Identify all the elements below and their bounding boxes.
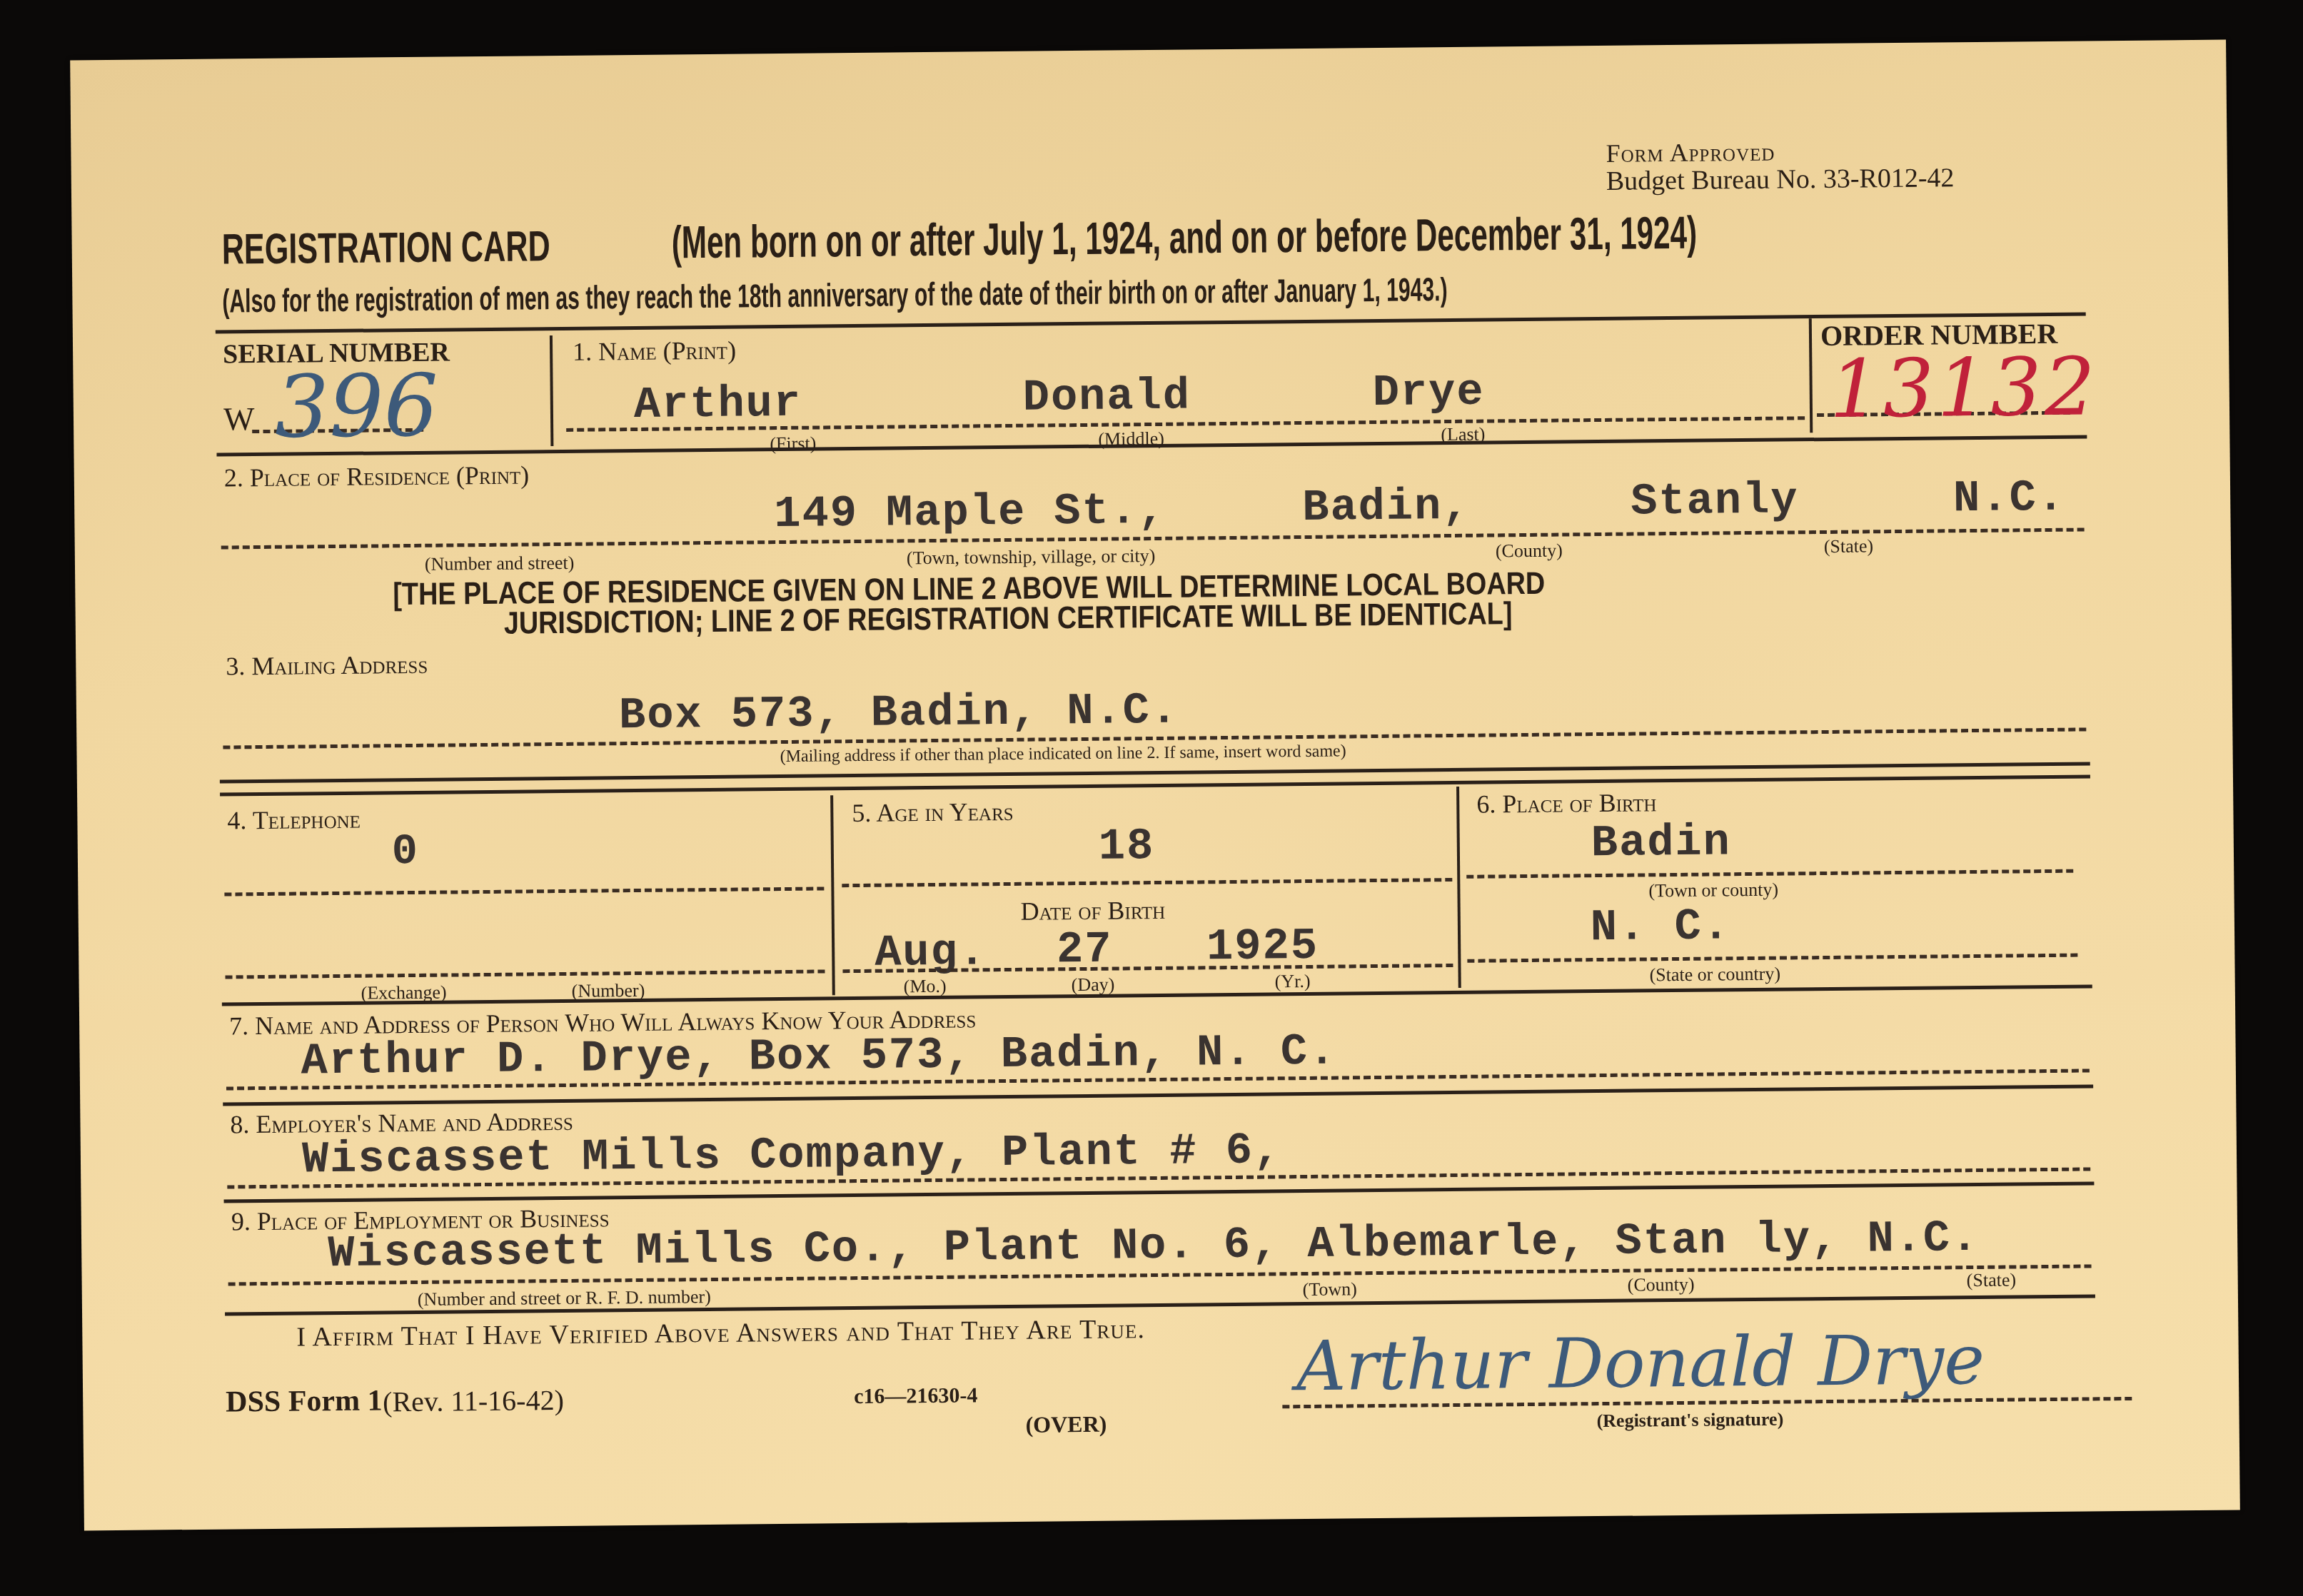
over-indicator: (OVER) [1025, 1411, 1107, 1438]
birthplace-state-value: N. C. [1591, 901, 1731, 953]
last-name-value: Drye [1372, 367, 1485, 419]
residence-county-value: Stanly [1631, 475, 1799, 527]
divider [223, 1084, 2093, 1106]
birthplace-state-caption: (State or country) [1649, 964, 1780, 986]
mailing-address-value: Box 573, Badin, N.C. [619, 685, 1179, 742]
serial-prefix: W [223, 400, 255, 438]
divider [1456, 787, 1461, 988]
birthplace-state-line [1467, 954, 2077, 963]
affirmation-text: I Affirm That I Have Verified Above Answ… [296, 1313, 1145, 1353]
state-caption: (State) [1824, 535, 1874, 557]
residence-town-value: Badin, [1302, 481, 1471, 533]
telephone-line-1 [224, 887, 824, 896]
month-caption: (Mo.) [904, 976, 947, 998]
residence-label: 2. Place of Residence (Print) [224, 460, 530, 493]
age-label: 5. Age in Years [852, 797, 1014, 828]
employment-town-caption: (Town) [1303, 1278, 1357, 1300]
signature-caption: (Registrant's signature) [1596, 1409, 1783, 1433]
telephone-label: 4. Telephone [227, 804, 361, 836]
birthplace-town-value: Badin [1591, 817, 1731, 869]
form-revision: (Rev. 11-16-42) [383, 1383, 564, 1418]
registrant-signature: Arthur Donald Drye [1296, 1320, 1985, 1406]
divider [550, 335, 553, 446]
telephone-line-2 [225, 969, 825, 979]
county-caption: (County) [1496, 540, 1563, 562]
year-caption: (Yr.) [1275, 971, 1311, 992]
first-caption: (First) [770, 433, 816, 455]
birthplace-town-line [1466, 869, 2073, 879]
registration-card: Form Approved Budget Bureau No. 33-R012-… [70, 40, 2240, 1531]
card-title: REGISTRATION CARD [221, 221, 550, 273]
divider [1809, 318, 1813, 433]
divider [222, 984, 2092, 1006]
employment-state-caption: (State) [1967, 1269, 2017, 1291]
mailing-address-label: 3. Mailing Address [226, 650, 428, 682]
middle-name-value: Donald [1022, 370, 1191, 423]
employment-street-caption: (Number and street or R. F. D. number) [418, 1286, 711, 1310]
town-caption: (Town, township, village, or city) [907, 545, 1156, 569]
serial-number-value: 396 [274, 357, 438, 458]
order-number-value: 13132 [1829, 340, 2099, 436]
age-line [842, 878, 1452, 887]
residence-street-value: 149 Maple St., [774, 485, 1166, 540]
residence-state-value: N.C. [1953, 473, 2066, 525]
street-caption: (Number and street) [425, 552, 575, 575]
form-id: DSS Form 1 [226, 1383, 383, 1419]
budget-bureau-number: Budget Bureau No. 33-R012-42 [1606, 162, 1955, 197]
birthplace-label: 6. Place of Birth [1476, 787, 1656, 819]
telephone-value: 0 [392, 828, 420, 877]
card-subtitle: (Also for the registration of men as the… [222, 270, 1448, 320]
employment-county-caption: (County) [1628, 1274, 1695, 1296]
birthplace-town-caption: (Town or county) [1648, 879, 1778, 902]
card-title-eligibility: (Men born on or after July 1, 1924, and … [671, 206, 1697, 269]
print-code: c16—21630-4 [854, 1383, 978, 1409]
first-name-value: Arthur [634, 378, 802, 430]
divider [830, 795, 835, 995]
name-label: 1. Name (Print) [573, 335, 736, 367]
mailing-caption: (Mailing address if other than place ind… [780, 742, 1346, 767]
age-value: 18 [1098, 821, 1154, 872]
day-caption: (Day) [1072, 974, 1115, 996]
dob-label: Date of Birth [1020, 895, 1165, 926]
